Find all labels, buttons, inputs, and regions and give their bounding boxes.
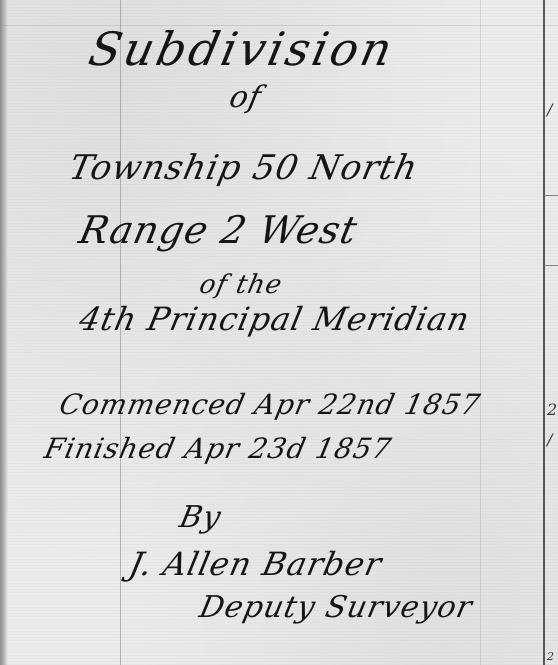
- right-column-tick: [545, 195, 558, 196]
- commenced-date: Commenced Apr 22nd 1857: [56, 388, 483, 421]
- surveyor-name: J. Allen Barber: [126, 545, 386, 583]
- right-column-tick: [545, 265, 558, 266]
- meridian-line: 4th Principal Meridian: [76, 300, 474, 338]
- of-the-line: of the: [197, 270, 286, 300]
- document-title: Subdivision: [84, 22, 400, 76]
- margin-mark: 2: [547, 400, 557, 419]
- by-line: By: [176, 500, 224, 535]
- finished-date: Finished Apr 23d 1857: [41, 432, 394, 465]
- document-page: Subdivision of Township 50 North Range 2…: [0, 0, 558, 665]
- page-edge-shadow: [0, 0, 8, 665]
- range-line: Range 2 West: [75, 208, 361, 252]
- of-line: of: [226, 80, 265, 115]
- township-line: Township 50 North: [66, 148, 422, 188]
- faint-vertical-rule: [480, 0, 481, 665]
- margin-mark: 2: [547, 650, 554, 663]
- margin-mark: /: [547, 430, 552, 449]
- surveyor-title: Deputy Surveyor: [196, 590, 476, 625]
- margin-mark: /: [547, 100, 552, 119]
- right-column-rule: [543, 0, 545, 665]
